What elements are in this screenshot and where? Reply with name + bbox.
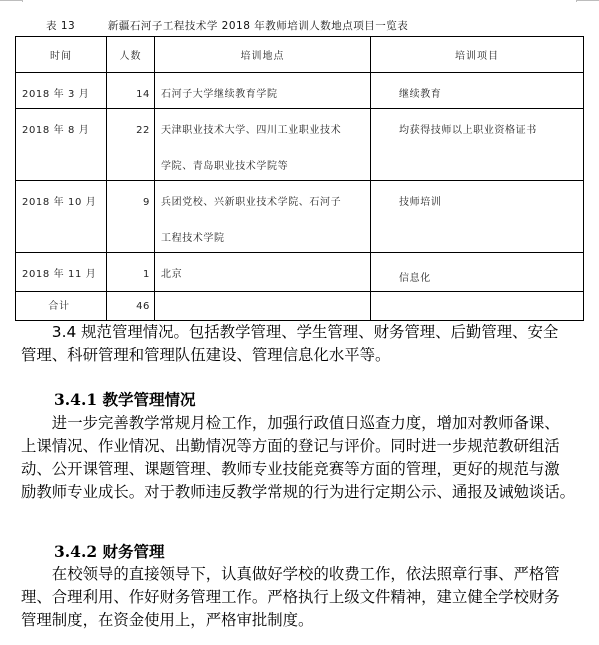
total-label: 合计 xyxy=(16,292,106,319)
total-count: 46 xyxy=(107,292,154,319)
paragraph-line: 管理制度，在资金使用上，严格审批制度。 xyxy=(21,609,586,632)
training-table: 时间 人数 培训地点 培训项目 2018 年 3 月 14 石河子大学继续教育学… xyxy=(15,36,584,321)
crop-mark-top-right-horizontal xyxy=(576,0,599,1)
cell-place: 北京 xyxy=(155,253,370,287)
empty-cell xyxy=(371,292,583,320)
table-caption: 表 13 新疆石河子工程技术学 2018 年教师培训人数地点项目一览表 xyxy=(46,18,408,33)
section-3-4-2-heading: 3.4.2 财务管理 xyxy=(54,540,165,562)
crop-mark-top-left-horizontal xyxy=(0,0,22,1)
header-place: 培训地点 xyxy=(155,37,371,73)
paragraph-line: 管理、科研管理和管理队伍建设、管理信息化水平等。 xyxy=(21,344,586,367)
section-3-4-1-paragraph: 进一步完善教学常规月检工作，加强行政值日巡查力度，增加对教师备课、 上课情况、作… xyxy=(21,412,586,504)
paragraph-line: 在校领导的直接领导下，认真做好学校的收费工作，依法照章行事、严格管 xyxy=(21,563,586,586)
cell-project: 均获得技师以上职业资格证书 xyxy=(371,109,583,143)
cell-place: 天津职业技术大学、四川工业职业技术 学院、青岛职业技术学院等 xyxy=(155,109,370,179)
paragraph-line: 励教师专业成长。对于教师违反教学常规的行为进行定期公示、通报及诫勉谈话。 xyxy=(21,481,586,504)
empty-cell xyxy=(155,292,370,320)
cell-count: 9 xyxy=(107,181,154,215)
cell-count: 22 xyxy=(107,109,154,143)
table-row: 2018 年 8 月 22 天津职业技术大学、四川工业职业技术 学院、青岛职业技… xyxy=(16,109,584,181)
table-header-row: 时间 人数 培训地点 培训项目 xyxy=(16,37,584,73)
cell-time: 2018 年 3 月 xyxy=(16,73,106,107)
paragraph-line: 进一步完善教学常规月检工作，加强行政值日巡查力度，增加对教师备课、 xyxy=(21,412,586,435)
table-caption-number: 表 13 xyxy=(46,18,104,33)
crop-mark-top-right-vertical xyxy=(576,0,577,2)
paragraph-line: 上课情况、作业情况、出勤情况等方面的登记与评价。同时进一步规范教研组活 xyxy=(21,435,586,458)
section-3-4-paragraph: 3.4 规范管理情况。包括教学管理、学生管理、财务管理、后勤管理、安全 管理、科… xyxy=(21,321,586,367)
table-total-row: 合计 46 xyxy=(16,292,584,321)
section-3-4-2-paragraph: 在校领导的直接领导下，认真做好学校的收费工作，依法照章行事、严格管 理、合理利用… xyxy=(21,563,586,632)
header-time: 时间 xyxy=(16,37,107,73)
cell-place-line: 学院、青岛职业技术学院等 xyxy=(161,155,366,179)
paragraph-line: 动、公开课管理、课题管理、教师专业技能竞赛等方面的管理，更好的规范与激 xyxy=(21,458,586,481)
paragraph-line: 理、合理利用、作好财务管理工作。严格执行上级文件精神，建立健全学校财务 xyxy=(21,586,586,609)
cell-project: 技师培训 xyxy=(371,181,583,215)
cell-place: 石河子大学继续教育学院 xyxy=(155,73,370,107)
cell-project: 信息化 xyxy=(371,253,583,291)
cell-count: 14 xyxy=(107,73,154,107)
cell-time: 2018 年 10 月 xyxy=(16,181,106,215)
header-project: 培训项目 xyxy=(371,37,584,73)
cell-time: 2018 年 11 月 xyxy=(16,253,106,287)
cell-time: 2018 年 8 月 xyxy=(16,109,106,143)
section-3-4-1-heading: 3.4.1 教学管理情况 xyxy=(54,388,196,410)
paragraph-line: 3.4 规范管理情况。包括教学管理、学生管理、财务管理、后勤管理、安全 xyxy=(21,321,586,344)
table-row: 2018 年 10 月 9 兵团党校、兴新职业技术学院、石河子 工程技术学院 技… xyxy=(16,181,584,253)
header-count: 人数 xyxy=(107,37,155,73)
cell-project: 继续教育 xyxy=(371,73,583,107)
cell-place-line: 工程技术学院 xyxy=(161,227,366,251)
table-row: 2018 年 11 月 1 北京 信息化 xyxy=(16,253,584,292)
cell-place-line: 兵团党校、兴新职业技术学院、石河子 xyxy=(161,191,366,215)
cell-place: 兵团党校、兴新职业技术学院、石河子 工程技术学院 xyxy=(155,181,370,251)
table-caption-title: 新疆石河子工程技术学 2018 年教师培训人数地点项目一览表 xyxy=(108,20,408,32)
table-row: 2018 年 3 月 14 石河子大学继续教育学院 继续教育 xyxy=(16,73,584,109)
cell-count: 1 xyxy=(107,253,154,287)
crop-mark-top-left-vertical xyxy=(22,0,23,2)
cell-place-line: 天津职业技术大学、四川工业职业技术 xyxy=(161,119,366,143)
